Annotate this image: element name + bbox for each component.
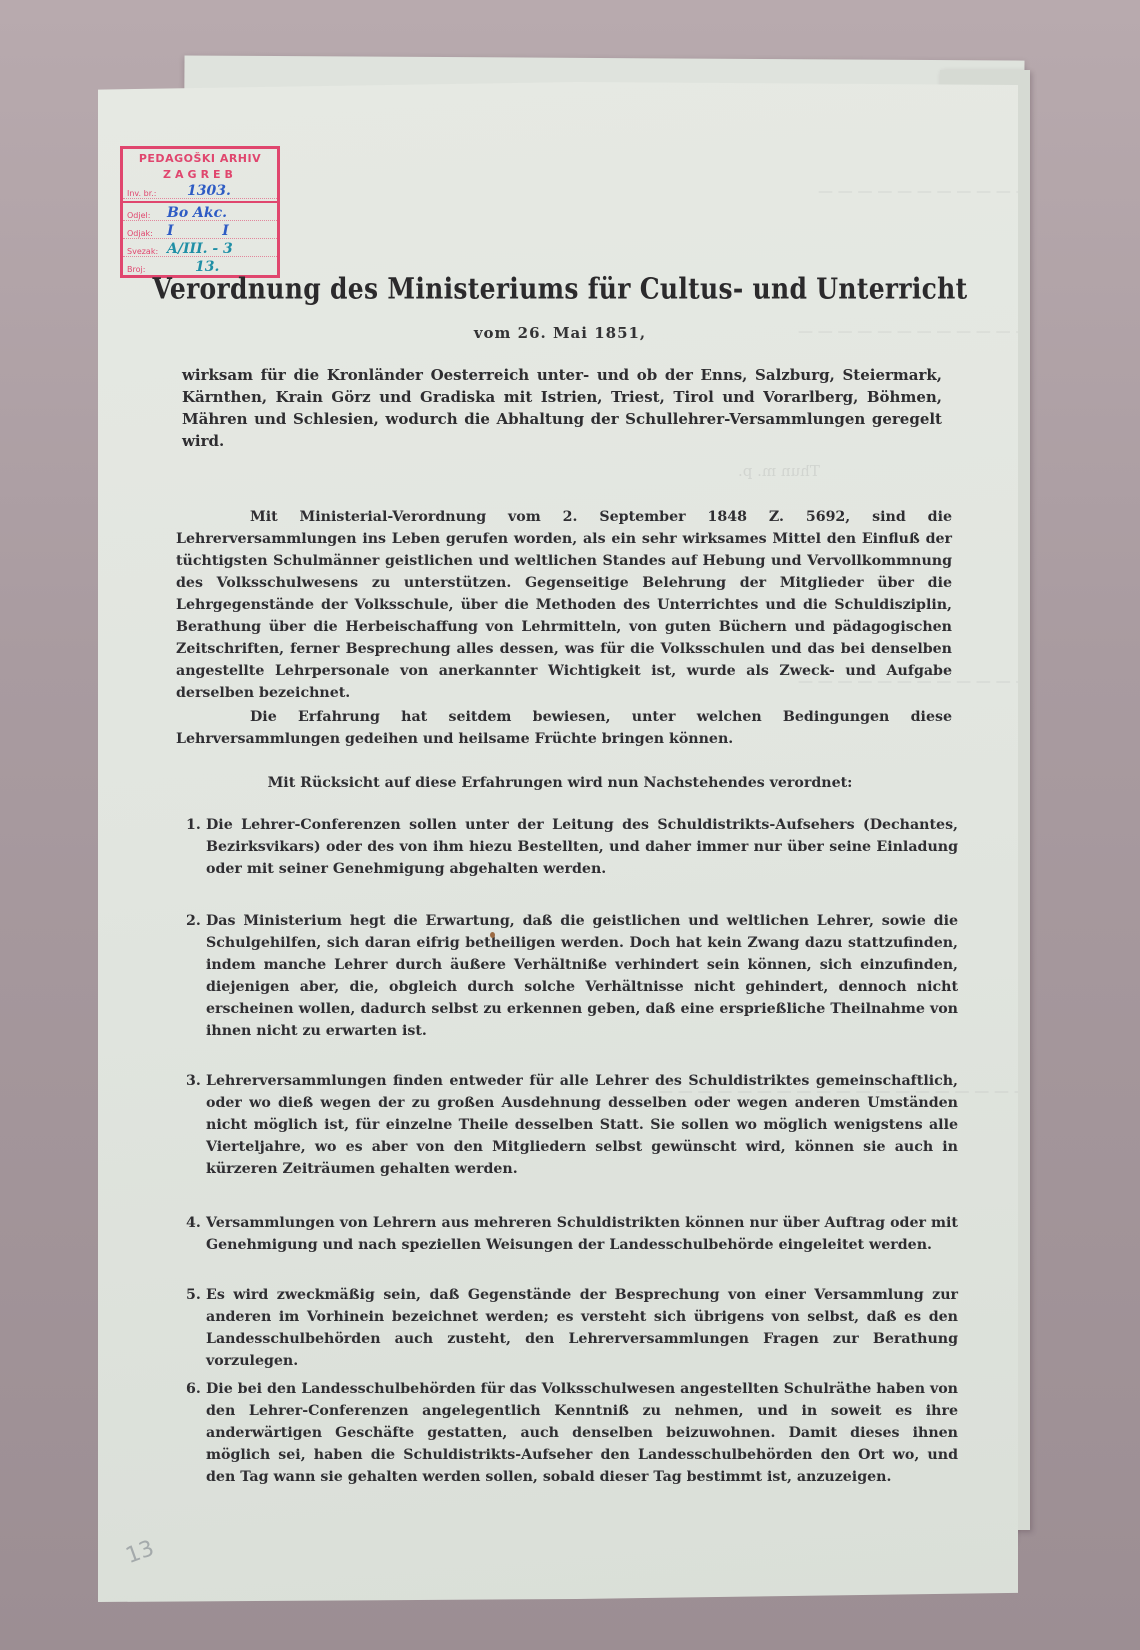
show-through-text: Thun m. p.: [738, 462, 820, 480]
paper-stain: [490, 932, 495, 938]
article-number: 5.: [186, 1284, 201, 1306]
stamp-institution: PEDAGOŠKI ARHIV: [123, 152, 277, 165]
article-text: Die bei den Landesschulbehörden für das …: [206, 1381, 958, 1485]
stamp-field-label: Svezak:: [127, 247, 167, 256]
article-6: 6. Die bei den Landesschulbehörden für d…: [186, 1378, 958, 1488]
document-scope: wirksam für die Kronländer Oesterreich u…: [182, 364, 942, 452]
article-2: 2. Das Ministerium hegt die Erwartung, d…: [186, 910, 958, 1042]
article-text: Lehrerversammlungen finden entweder für …: [206, 1073, 958, 1177]
article-text: Die Lehrer-Conferenzen sollen unter der …: [206, 817, 958, 877]
stamp-field-label: Odjel:: [127, 211, 167, 220]
article-number: 4.: [186, 1212, 201, 1234]
stamp-field-department: Odjel: Bo Akc.: [123, 203, 277, 221]
stamp-field-volume: Svezak: A/III. - 3: [123, 239, 277, 257]
article-number: 2.: [186, 910, 201, 932]
intro-paragraph: Mit Ministerial-Verordnung vom 2. Septem…: [176, 506, 952, 704]
article-text: Es wird zweckmäßig sein, daß Gegenstände…: [206, 1287, 958, 1369]
experience-text: Die Erfahrung hat seitdem bewiesen, unte…: [176, 709, 952, 747]
article-text: Das Ministerium hegt die Erwartung, daß …: [206, 913, 958, 1039]
document-title: Verordnung des Ministeriums für Cultus- …: [120, 272, 1000, 305]
article-number: 3.: [186, 1070, 201, 1092]
article-number: 6.: [186, 1378, 201, 1400]
order-line: Mit Rücksicht auf diese Erfahrungen wird…: [120, 775, 1000, 791]
document-date: vom 26. Mai 1851,: [120, 324, 1000, 342]
stamp-field-value: Bo Akc.: [167, 206, 227, 220]
article-4: 4. Versammlungen von Lehrern aus mehrere…: [186, 1212, 958, 1256]
stamp-field-label: Odjak:: [127, 229, 167, 238]
scope-line: wirksam für die Kronländer Oesterreich u…: [182, 364, 942, 386]
stamp-field-value: I I: [167, 224, 229, 238]
experience-paragraph: Die Erfahrung hat seitdem bewiesen, unte…: [176, 706, 952, 750]
stamp-field-inventory: Inv. br.: 1303.: [123, 181, 277, 199]
stamp-field-section: Odjak: I I: [123, 221, 277, 239]
article-3: 3. Lehrerversammlungen finden entweder f…: [186, 1070, 958, 1180]
stamp-city: ZAGREB: [123, 168, 277, 181]
stamp-field-value: 1303.: [187, 184, 231, 198]
article-5: 5. Es wird zweckmäßig sein, daß Gegenstä…: [186, 1284, 958, 1372]
show-through-text: 7. Rücksicht der Leitung — — — — — — — —…: [818, 182, 1140, 200]
intro-text: Mit Ministerial-Verordnung vom 2. Septem…: [176, 509, 952, 701]
archive-stamp: PEDAGOŠKI ARHIV ZAGREB Inv. br.: 1303. O…: [120, 146, 280, 278]
article-number: 1.: [186, 814, 201, 836]
stamp-field-label: Inv. br.:: [127, 189, 167, 198]
scope-line: Mähren und Schlesien, wodurch die Abhalt…: [182, 408, 942, 452]
article-text: Versammlungen von Lehrern aus mehreren S…: [206, 1215, 958, 1253]
article-1: 1. Die Lehrer-Conferenzen sollen unter d…: [186, 814, 958, 880]
stamp-field-value: A/III. - 3: [167, 242, 233, 256]
scope-line: Kärnthen, Krain Görz und Gradiska mit Is…: [182, 386, 942, 408]
